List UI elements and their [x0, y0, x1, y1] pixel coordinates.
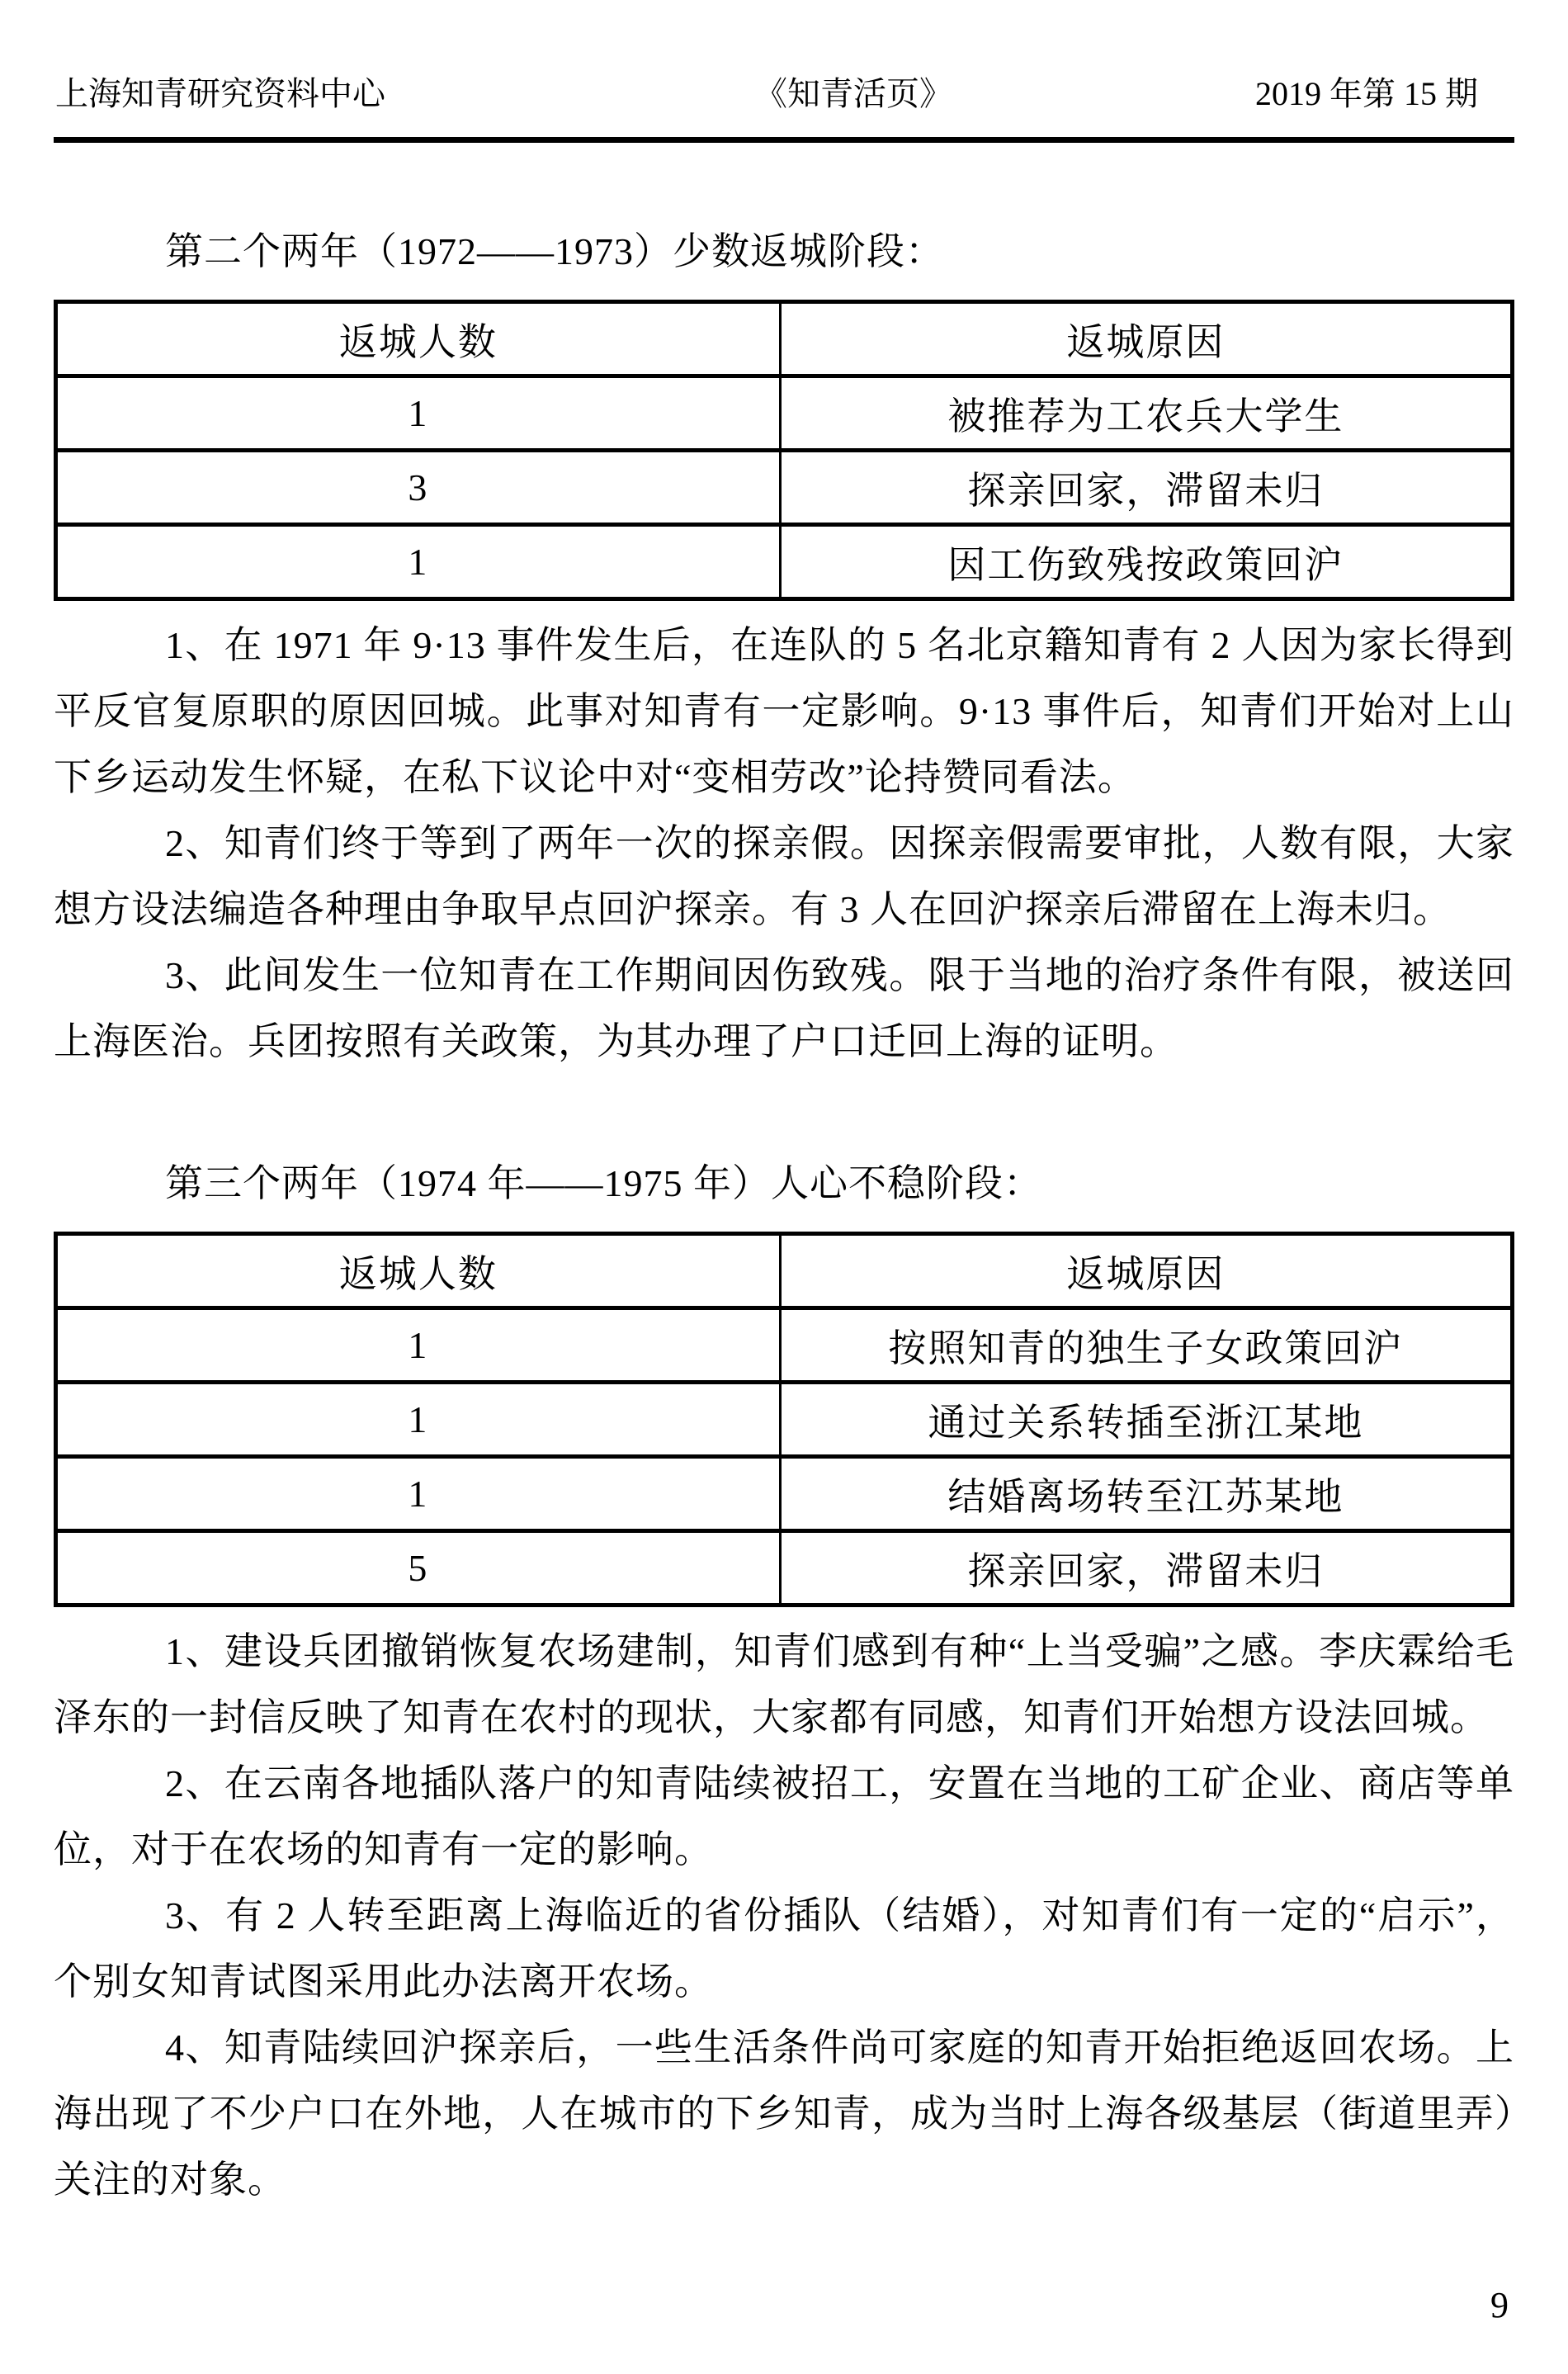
- cell-count: 3: [56, 451, 781, 525]
- table-row: 3 探亲回家，滞留未归: [56, 451, 1513, 525]
- column-header-reason: 返城原因: [780, 1234, 1512, 1308]
- header-divider-rule: [54, 137, 1514, 143]
- header-org: 上海知青研究资料中心: [55, 73, 385, 116]
- header-journal-title: 《知青活页》: [754, 73, 952, 116]
- document-page: 上海知青研究资料中心 《知青活页》 2019 年第 15 期 第二个两年（197…: [0, 0, 1568, 2374]
- section-third-two-years: 第三个两年（1974 年——1975 年）人心不稳阶段： 返城人数 返城原因 1…: [54, 1157, 1514, 2213]
- section-paragraphs: 1、建设兵团撤销恢复农场建制，知青们感到有种“上当受骗”之感。李庆霖给毛泽东的一…: [54, 1619, 1514, 2213]
- table-row: 1 通过关系转插至浙江某地: [56, 1383, 1513, 1457]
- cell-count: 5: [56, 1531, 781, 1606]
- table-row: 1 结婚离场转至江苏某地: [56, 1457, 1513, 1531]
- cell-reason: 被推荐为工农兵大学生: [780, 376, 1512, 451]
- cell-reason: 按照知青的独生子女政策回沪: [780, 1308, 1512, 1383]
- section-title: 第三个两年（1974 年——1975 年）人心不稳阶段：: [54, 1157, 1514, 1210]
- cell-reason: 探亲回家，滞留未归: [780, 1531, 1512, 1606]
- page-number: 9: [1490, 2284, 1509, 2326]
- column-header-count: 返城人数: [56, 1234, 781, 1308]
- cell-count: 1: [56, 1383, 781, 1457]
- table-row: 1 被推荐为工农兵大学生: [56, 376, 1513, 451]
- column-header-reason: 返城原因: [780, 302, 1512, 376]
- section-second-two-years: 第二个两年（1972——1973）少数返城阶段： 返城人数 返城原因 1 被推荐…: [54, 225, 1514, 1075]
- cell-reason: 结婚离场转至江苏某地: [780, 1457, 1512, 1531]
- paragraph: 2、在云南各地插队落户的知青陆续被招工，安置在当地的工矿企业、商店等单位，对于在…: [54, 1751, 1514, 1883]
- cell-reason: 通过关系转插至浙江某地: [780, 1383, 1512, 1457]
- paragraph: 3、有 2 人转至距离上海临近的省份插队（结婚），对知青们有一定的“启示”，个别…: [54, 1883, 1514, 2015]
- table-row: 5 探亲回家，滞留未归: [56, 1531, 1513, 1606]
- table-header-row: 返城人数 返城原因: [56, 1234, 1513, 1308]
- cell-count: 1: [56, 525, 781, 599]
- cell-count: 1: [56, 376, 781, 451]
- table-row: 1 按照知青的独生子女政策回沪: [56, 1308, 1513, 1383]
- paragraph: 1、建设兵团撤销恢复农场建制，知青们感到有种“上当受骗”之感。李庆霖给毛泽东的一…: [54, 1619, 1514, 1751]
- return-city-table-1: 返城人数 返城原因 1 被推荐为工农兵大学生 3 探亲回家，滞留未归 1 因工伤…: [54, 300, 1514, 601]
- cell-reason: 因工伤致残按政策回沪: [780, 525, 1512, 599]
- return-city-table-2: 返城人数 返城原因 1 按照知青的独生子女政策回沪 1 通过关系转插至浙江某地 …: [54, 1232, 1514, 1607]
- section-paragraphs: 1、在 1971 年 9·13 事件发生后，在连队的 5 名北京籍知青有 2 人…: [54, 612, 1514, 1075]
- cell-count: 1: [56, 1308, 781, 1383]
- table-row: 1 因工伤致残按政策回沪: [56, 525, 1513, 599]
- paragraph: 3、此间发生一位知青在工作期间因伤致残。限于当地的治疗条件有限，被送回上海医治。…: [54, 943, 1514, 1075]
- cell-reason: 探亲回家，滞留未归: [780, 451, 1512, 525]
- column-header-count: 返城人数: [56, 302, 781, 376]
- cell-count: 1: [56, 1457, 781, 1531]
- paragraph: 2、知青们终于等到了两年一次的探亲假。因探亲假需要审批，人数有限，大家想方设法编…: [54, 811, 1514, 943]
- table-header-row: 返城人数 返城原因: [56, 302, 1513, 376]
- header-issue: 2019 年第 15 期: [1255, 73, 1511, 116]
- section-title: 第二个两年（1972——1973）少数返城阶段：: [54, 225, 1514, 278]
- paragraph: 4、知青陆续回沪探亲后，一些生活条件尚可家庭的知青开始拒绝返回农场。上海出现了不…: [54, 2015, 1514, 2213]
- paragraph: 1、在 1971 年 9·13 事件发生后，在连队的 5 名北京籍知青有 2 人…: [54, 612, 1514, 811]
- page-header: 上海知青研究资料中心 《知青活页》 2019 年第 15 期: [54, 73, 1514, 116]
